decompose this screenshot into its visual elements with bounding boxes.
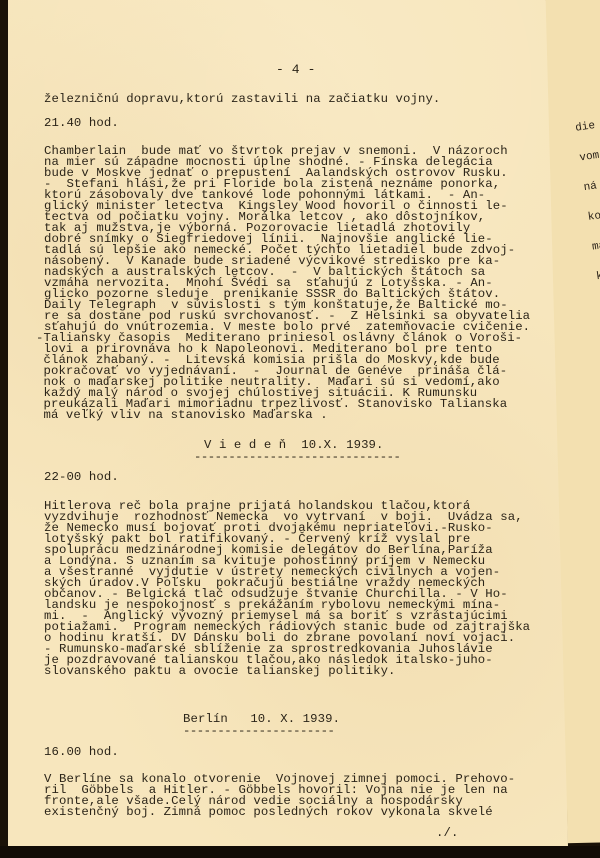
fragment-line: vom — [579, 150, 600, 164]
fragment-line: ko — [587, 209, 600, 223]
fragment-line: die — [575, 120, 600, 134]
time-stamp: 16.00 hod. — [44, 745, 119, 759]
scanned-document: die vom ná ko ma k l - 4 - železničnú do… — [0, 0, 600, 858]
continuation-marker: ./. — [436, 826, 458, 840]
text-line: železničnú dopravu,ktorú zastavili na za… — [44, 92, 440, 106]
scanner-background — [0, 846, 600, 858]
text-line: existenčný boj. Zimná pomoc posledných r… — [44, 805, 493, 819]
text-line: slovanského paktu a ovocie talianskej po… — [44, 664, 396, 678]
time-stamp: 22-00 hod. — [44, 470, 119, 484]
fragment-line: k — [596, 269, 600, 283]
heading-underline: ------------------------------ — [194, 450, 400, 464]
fragment-line: ná — [583, 180, 600, 194]
text-line: má veľký vliv na stanovisko Maďarska . — [36, 408, 328, 422]
time-stamp: 21.40 hod. — [44, 116, 119, 130]
heading-underline: ---------------------- — [183, 724, 334, 738]
fragment-line: ma — [591, 239, 600, 253]
page-number: - 4 - — [276, 62, 316, 77]
typewritten-page: - 4 - železničnú dopravu,ktorú zastavili… — [8, 0, 568, 846]
